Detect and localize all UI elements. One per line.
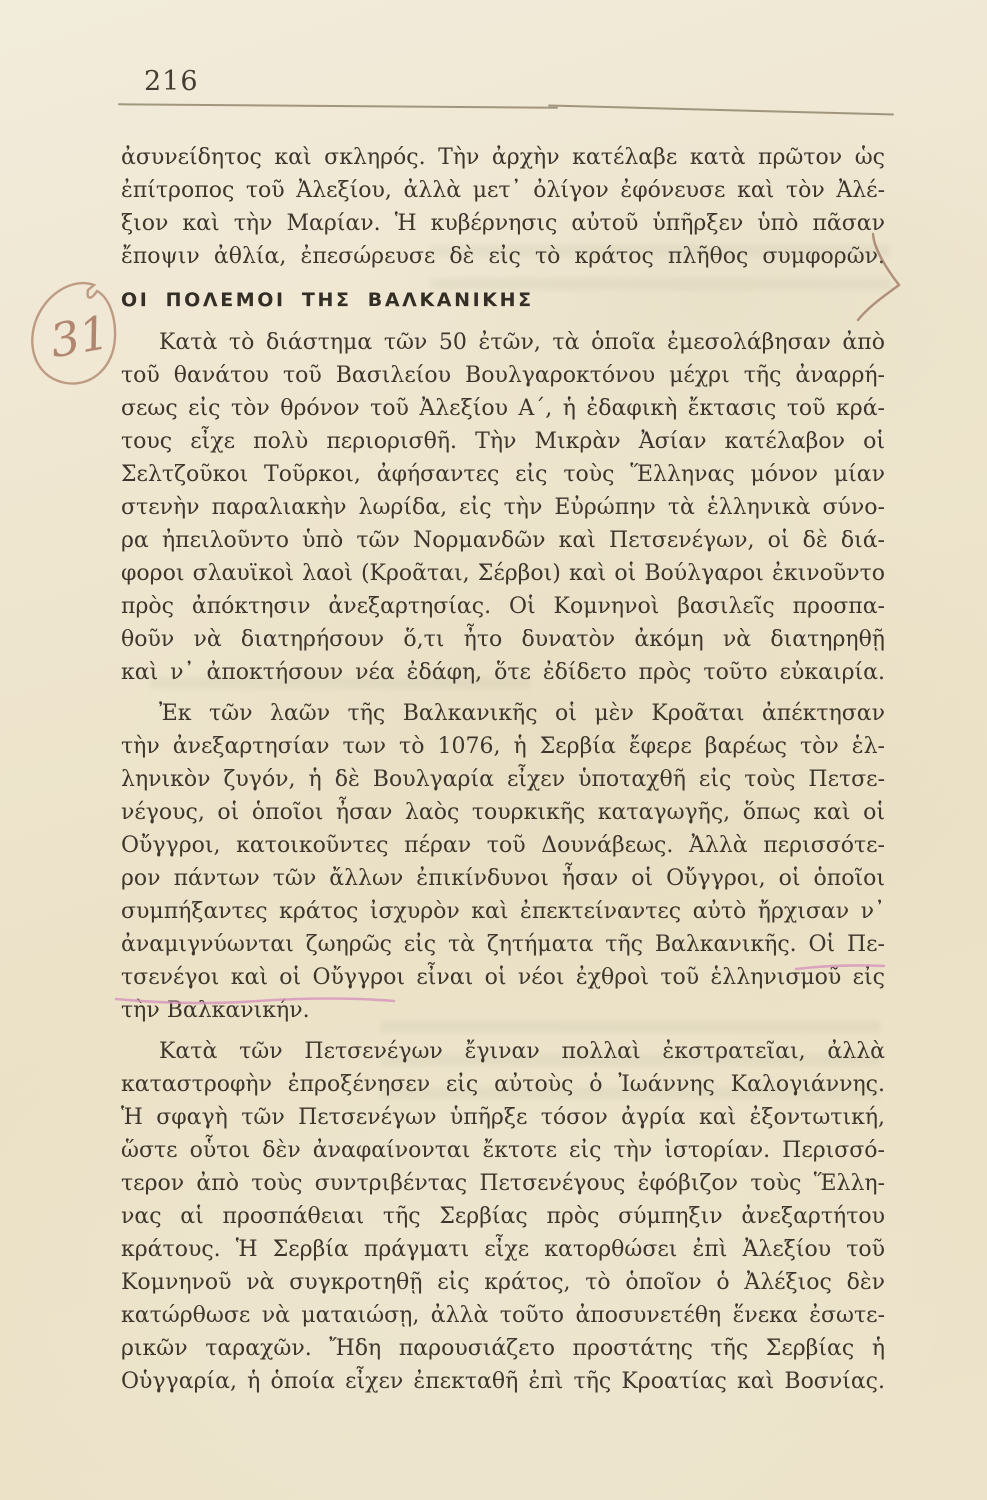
text-line: ρον πάντων τῶν ἄλλων ἐπικίνδυνοι ἦσαν οἱ… xyxy=(121,862,885,895)
text-line: τὴν ἀνεξαρτησίαν των τὸ 1076, ἡ Σερβία ἔ… xyxy=(121,730,885,763)
paragraph-continued: ἀσυνείδητος καὶ σκληρός. Τὴν ἀρχὴν κατέλ… xyxy=(121,141,885,273)
text-line: ξιον καὶ τὴν Μαρίαν. Ἡ κυβέρνησις αὐτοῦ … xyxy=(121,207,885,240)
paragraph-3: Κατὰ τῶν Πετσενέγων ἔγιναν πολλαὶ ἐκστρα… xyxy=(121,1035,885,1398)
paragraph-1: Κατὰ τὸ διάστημα τῶν 50 ἐτῶν, τὰ ὁποῖα ἐ… xyxy=(121,326,885,689)
text-line: νας αἱ προσπάθειαι τῆς Σερβίας πρὸς σύμπ… xyxy=(121,1200,885,1233)
text-line: θοῦν νὰ διατηρήσουν ὅ,τι ἦτο δυνατὸν ἀκό… xyxy=(121,623,885,656)
circled-number-annotation: 31 xyxy=(22,275,132,393)
text-line: καταστροφὴν ἐπροξένησεν εἰς αὐτοὺς ὁ Ἰωά… xyxy=(121,1068,885,1101)
header-rule-right xyxy=(548,104,894,115)
text-line: ρικῶν ταραχῶν. Ἤδη παρουσιάζετο προστάτη… xyxy=(121,1332,885,1365)
header-rule-left xyxy=(118,103,558,108)
text-line: Κατὰ τῶν Πετσενέγων ἔγιναν πολλαὶ ἐκστρα… xyxy=(121,1035,885,1068)
margin-chevron-mark xyxy=(845,232,925,327)
text-line: ὥστε οὗτοι δὲν ἀναφαίνονται ἔκτοτε εἰς τ… xyxy=(121,1134,885,1167)
text-line: φοροι σλαυϊκοὶ λαοὶ (Κροᾶται, Σέρβοι) κα… xyxy=(121,557,885,590)
pink-underline-marks xyxy=(0,940,987,1020)
text-line: κράτους. Ἡ Σερβία πράγματι εἶχε κατορθώσ… xyxy=(121,1233,885,1266)
text-line: πρὸς ἀπόκτησιν ἀνεξαρτησίας. Οἱ Κομνηνοὶ… xyxy=(121,590,885,623)
text-line: Κομνηνοῦ νὰ συγκροτηθῇ εἰς κράτος, τὸ ὁπ… xyxy=(121,1266,885,1299)
page-number: 216 xyxy=(144,66,199,97)
text-line: στενὴν παραλιακὴν λωρίδα, εἰς τὴν Εὐρώπη… xyxy=(121,491,885,524)
text-line: ἐπίτροπος τοῦ Ἀλεξίου, ἀλλὰ μετ᾽ ὀλίγον … xyxy=(121,174,885,207)
text-line: καὶ ν᾽ ἀποκτήσουν νέα ἐδάφη, ὅτε ἐδίδετο… xyxy=(121,656,885,689)
text-line: Ἡ σφαγὴ τῶν Πετσενέγων ὑπῆρξε τόσον ἀγρί… xyxy=(121,1101,885,1134)
text-line: συμπήξαντες κράτος ἰσχυρὸν καὶ ἐπεκτείνα… xyxy=(121,895,885,928)
text-line: Ἐκ τῶν λαῶν τῆς Βαλκανικῆς οἱ μὲν Κροᾶτα… xyxy=(121,697,885,730)
text-line: ληνικὸν ζυγόν, ἡ δὲ Βουλγαρία εἶχεν ὑποτ… xyxy=(121,763,885,796)
scanned-book-page: 216 ἀσυνείδητος καὶ σκληρός. Τὴν ἀρχὴν κ… xyxy=(0,0,987,1500)
circled-number-text: 31 xyxy=(46,305,113,368)
text-line: Οὔγγροι, κατοικοῦντες πέραν τοῦ Δουνάβεω… xyxy=(121,829,885,862)
underline-stroke xyxy=(116,999,394,1004)
text-line: Σελτζοῦκοι Τοῦρκοι, ἀφήσαντες εἰς τοὺς Ἕ… xyxy=(121,458,885,491)
text-line: ἀσυνείδητος καὶ σκληρός. Τὴν ἀρχὴν κατέλ… xyxy=(121,141,885,174)
underline-stroke xyxy=(796,965,884,969)
pencil-chevron xyxy=(858,234,899,320)
text-line: κατώρθωσε νὰ ματαιώσῃ, ἀλλὰ τοῦτο ἀποσυν… xyxy=(121,1299,885,1332)
body-text-block: ἀσυνείδητος καὶ σκληρός. Τὴν ἀρχὴν κατέλ… xyxy=(121,141,885,1398)
text-line: ρα ἠπειλοῦντο ὑπὸ τῶν Νορμανδῶν καὶ Πετσ… xyxy=(121,524,885,557)
text-line: σεως εἰς τὸν θρόνον τοῦ Ἀλεξίου Α΄, ἡ ἐδ… xyxy=(121,392,885,425)
text-line: τους εἶχε πολὺ περιορισθῆ. Τὴν Μικρὰν Ἀσ… xyxy=(121,425,885,458)
text-line: τοῦ θανάτου τοῦ Βασιλείου Βουλγαροκτόνου… xyxy=(121,359,885,392)
text-line: Κατὰ τὸ διάστημα τῶν 50 ἐτῶν, τὰ ὁποῖα ἐ… xyxy=(121,326,885,359)
section-heading: ΟΙ ΠΟΛΕΜΟΙ ΤΗΣ ΒΑΛΚΑΝΙΚΗΣ xyxy=(121,286,885,314)
text-line: νέγους, οἱ ὁποῖοι ἦσαν λαὸς τουρκικῆς κα… xyxy=(121,796,885,829)
text-line: τερον ἀπὸ τοὺς συντριβέντας Πετσενέγους … xyxy=(121,1167,885,1200)
text-line: ἔποψιν ἀθλία, ἐπεσώρευσε δὲ εἰς τὸ κράτο… xyxy=(121,240,885,273)
text-line: Οὑγγαρία, ἡ ὁποία εἶχεν ἐπεκταθῆ ἐπὶ τῆς… xyxy=(121,1365,885,1398)
